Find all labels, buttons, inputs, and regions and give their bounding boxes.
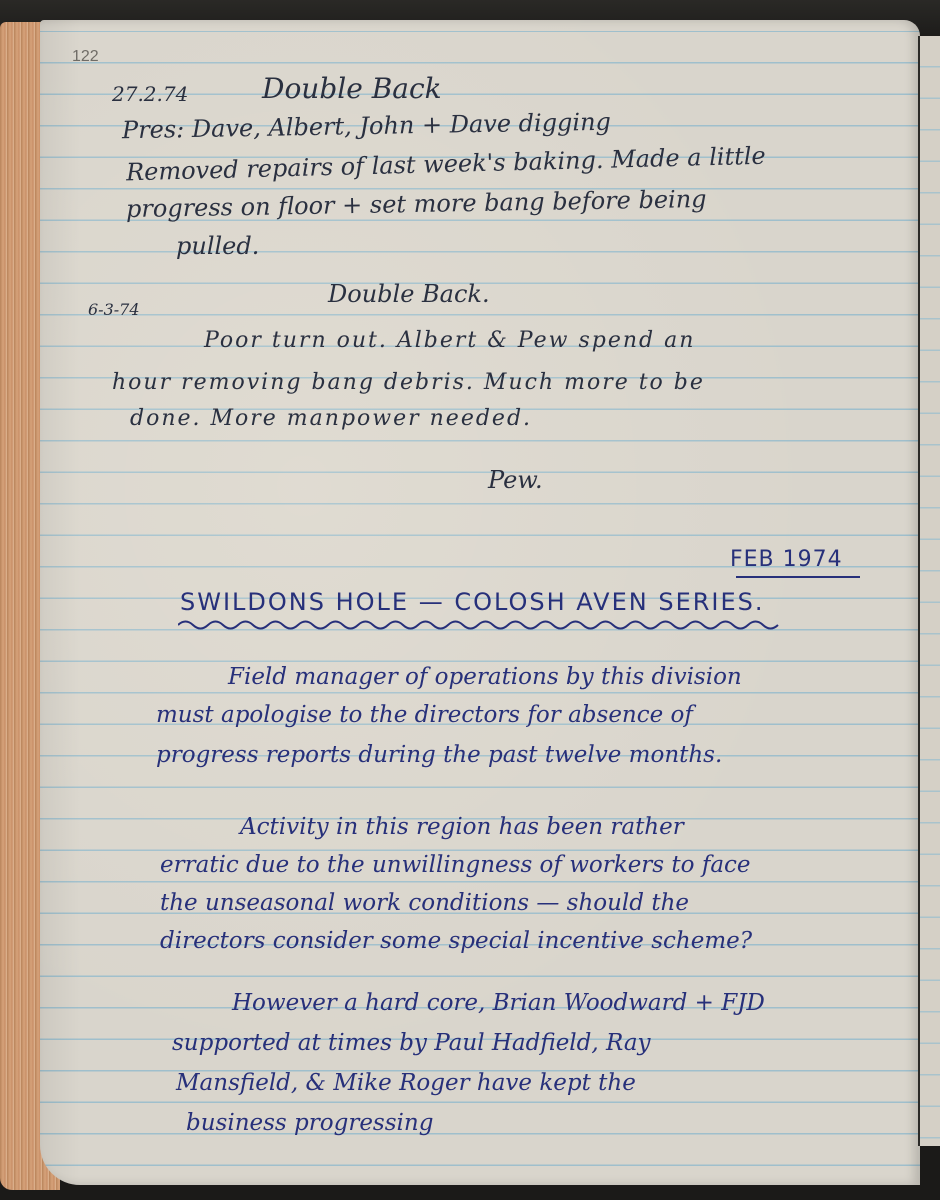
entry-2-line: hour removing bang debris. Much more to … [112,370,705,395]
entry-1-line: pulled. [176,232,259,260]
paragraph-1-line: must apologise to the directors for abse… [156,702,693,728]
paragraph-3-line: supported at times by Paul Hadfield, Ray [172,1030,651,1056]
entry-2-date: 6-3-74 [88,300,140,319]
paragraph-3-line: business progressing [186,1110,433,1136]
entry-2-line: Poor turn out. Albert & Pew spend an [204,328,695,353]
entry-1-date: 27.2.74 [112,82,188,106]
entry-2-signature: Pew. [488,466,543,494]
paragraph-1-line: Field manager of operations by this divi… [228,664,742,690]
entry-2-title: Double Back. [328,280,490,308]
paragraph-1-line: progress reports during the past twelve … [156,742,722,768]
paragraph-3-line: However a hard core, Brian Woodward + FJ… [232,990,765,1016]
report-heading: SWILDONS HOLE — COLOSH AVEN SERIES. [180,588,765,616]
page-number: 122 [72,48,99,66]
paragraph-3-line: Mansfield, & Mike Roger have kept the [176,1070,636,1096]
paragraph-2-line: directors consider some special incentiv… [160,928,752,954]
facing-page-edge [918,36,940,1146]
paragraph-2-line: Activity in this region has been rather [240,814,684,840]
entry-1-title: Double Back [262,72,442,105]
wavy-underline [178,618,782,632]
entry-2-line: done. More manpower needed. [130,406,532,431]
paragraph-2-line: erratic due to the unwillingness of work… [160,852,751,878]
report-date: FEB 1974 [730,547,843,572]
report-date-underline [736,576,860,578]
paragraph-2-line: the unseasonal work conditions — should … [160,890,689,916]
